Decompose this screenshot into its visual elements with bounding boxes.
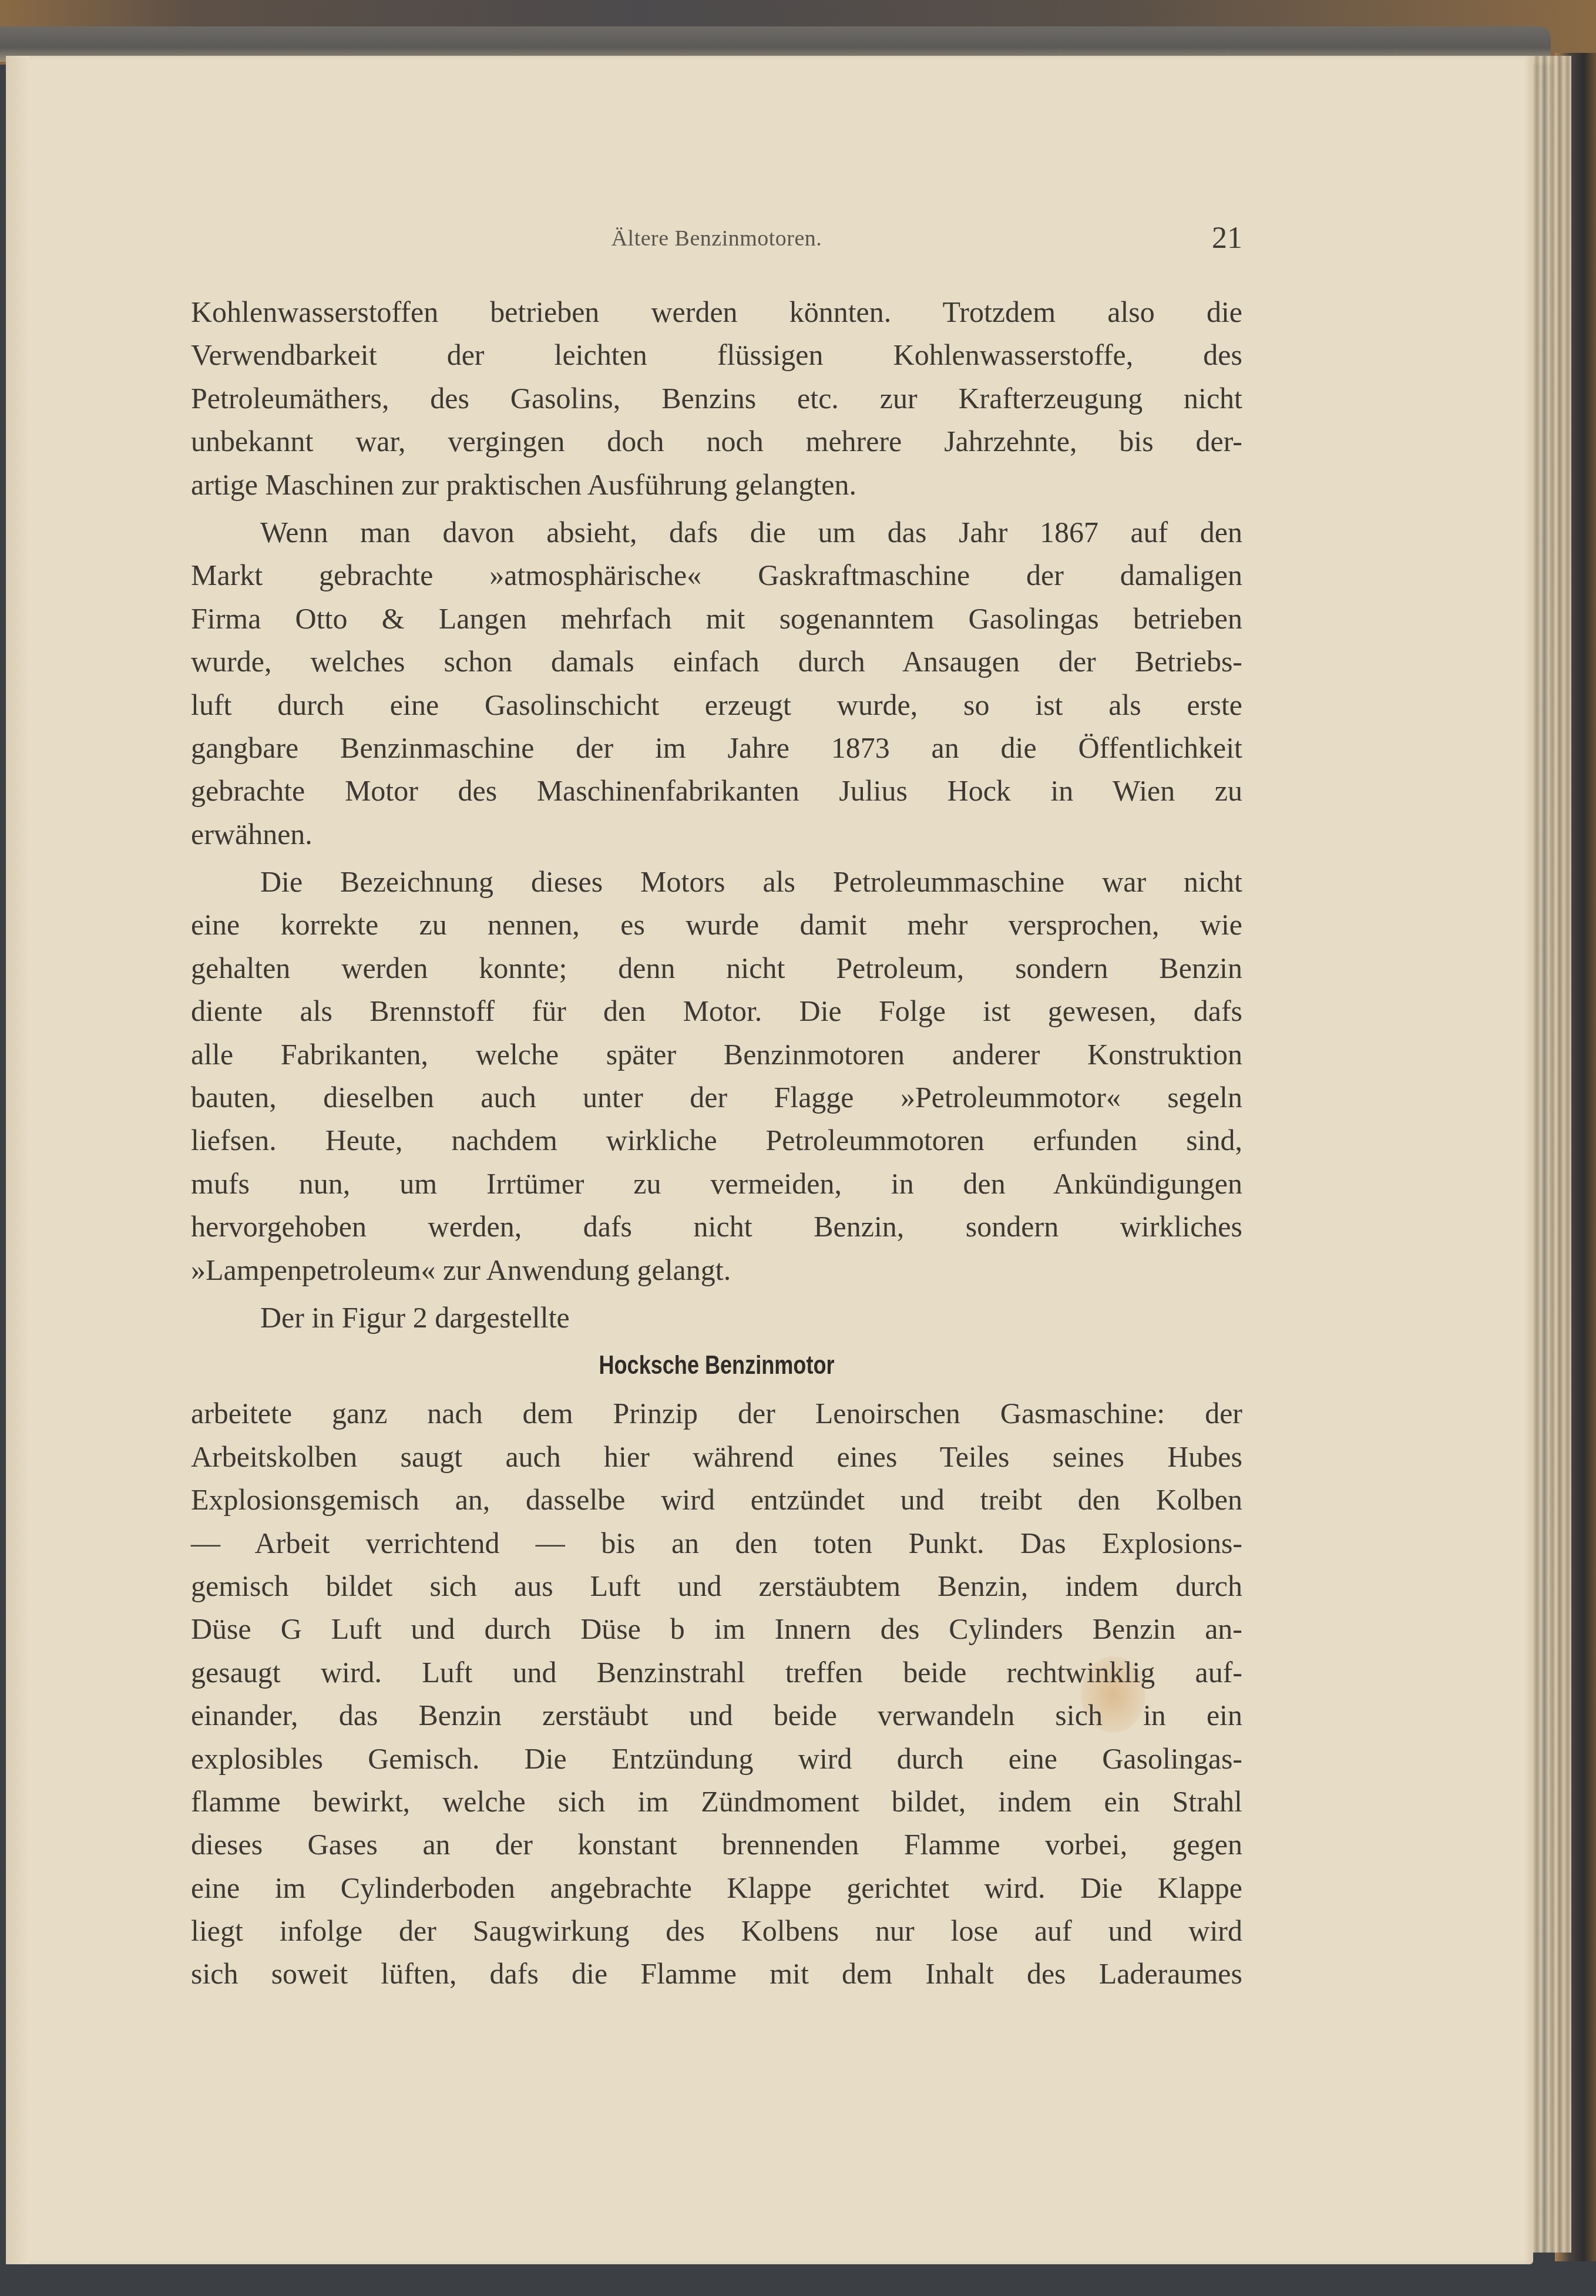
text-line: Der in Figur 2 dargestellte	[191, 1296, 1242, 1339]
text-line: eine im Cylinderboden angebrachte Klappe…	[191, 1867, 1242, 1910]
body-text: Kohlenwasserstoffen betrieben werden kön…	[191, 291, 1242, 1996]
text-line: Markt gebrachte »atmosphärische« Gaskraf…	[191, 554, 1242, 597]
text-line: flamme bewirkt, welche sich im Zündmomen…	[191, 1780, 1242, 1823]
text-line: — Arbeit verrichtend — bis an den toten …	[191, 1522, 1242, 1565]
text-line: sich soweit lüften, dafs die Flamme mit …	[191, 1952, 1242, 1995]
text-line: liegt infolge der Saugwirkung des Kolben…	[191, 1910, 1242, 1952]
paragraph-1: Kohlenwasserstoffen betrieben werden kön…	[191, 291, 1242, 506]
paragraph-3: Die Bezeichnung dieses Motors als Petrol…	[191, 860, 1242, 1292]
text-line: Kohlenwasserstoffen betrieben werden kön…	[191, 291, 1242, 334]
running-head-title: Ältere Benzinmotoren.	[191, 226, 1242, 251]
text-line: Petroleumäthers, des Gasolins, Benzins e…	[191, 377, 1242, 420]
text-line: hervorgehoben werden, dafs nicht Benzin,…	[191, 1205, 1242, 1248]
text-line: erwähnen.	[191, 813, 1242, 856]
text-line: Arbeitskolben saugt auch hier während ei…	[191, 1436, 1242, 1478]
text-line: Düse G Luft und durch Düse b im Innern d…	[191, 1608, 1242, 1650]
text-line: Firma Otto & Langen mehrfach mit sogenan…	[191, 597, 1242, 640]
text-line: alle Fabrikanten, welche später Benzinmo…	[191, 1033, 1242, 1076]
text-line: unbekannt war, vergingen doch noch mehre…	[191, 420, 1242, 463]
text-line: Die Bezeichnung dieses Motors als Petrol…	[191, 860, 1242, 903]
text-line: Wenn man davon absieht, dafs die um das …	[191, 511, 1242, 554]
text-line: gangbare Benzinmaschine der im Jahre 187…	[191, 727, 1242, 769]
text-line: artige Maschinen zur praktischen Ausführ…	[191, 463, 1242, 506]
text-line: bauten, dieselben auch unter der Flagge …	[191, 1076, 1242, 1119]
page-number: 21	[1212, 221, 1242, 256]
text-line: arbeitete ganz nach dem Prinzip der Leno…	[191, 1392, 1242, 1435]
text-line: gesaugt wird. Luft und Benzinstrahl tref…	[191, 1651, 1242, 1694]
running-head: Ältere Benzinmotoren. 21	[191, 222, 1242, 257]
paragraph-4: Der in Figur 2 dargestellte	[191, 1296, 1242, 1339]
text-line: einander, das Benzin zerstäubt und beide…	[191, 1694, 1242, 1737]
text-line: diente als Brennstoff für den Motor. Die…	[191, 990, 1242, 1033]
text-line: dieses Gases an der konstant brennenden …	[191, 1823, 1242, 1866]
text-line: eine korrekte zu nennen, es wurde damit …	[191, 903, 1242, 946]
text-line: gemisch bildet sich aus Luft und zerstäu…	[191, 1565, 1242, 1608]
text-line: mufs nun, um Irrtümer zu vermeiden, in d…	[191, 1162, 1242, 1205]
text-line: »Lampenpetroleum« zur Anwendung gelangt.	[191, 1249, 1242, 1292]
text-line: gebrachte Motor des Maschinenfabrikanten…	[191, 769, 1242, 812]
text-line: Explosionsgemisch an, dasselbe wird entz…	[191, 1478, 1242, 1521]
text-line: gehalten werden konnte; denn nicht Petro…	[191, 947, 1242, 990]
text-line: Verwendbarkeit der leichten flüssigen Ko…	[191, 334, 1242, 376]
section-heading: Hocksche Benzinmotor	[285, 1339, 1148, 1392]
text-line: explosibles Gemisch. Die Entzündung wird…	[191, 1737, 1242, 1780]
text-line: luft durch eine Gasolinschicht erzeugt w…	[191, 684, 1242, 727]
text-line: wurde, welches schon damals einfach durc…	[191, 640, 1242, 683]
text-line: liefsen. Heute, nachdem wirkliche Petrol…	[191, 1119, 1242, 1162]
paragraph-5: arbeitete ganz nach dem Prinzip der Leno…	[191, 1392, 1242, 1995]
paragraph-2: Wenn man davon absieht, dafs die um das …	[191, 511, 1242, 856]
